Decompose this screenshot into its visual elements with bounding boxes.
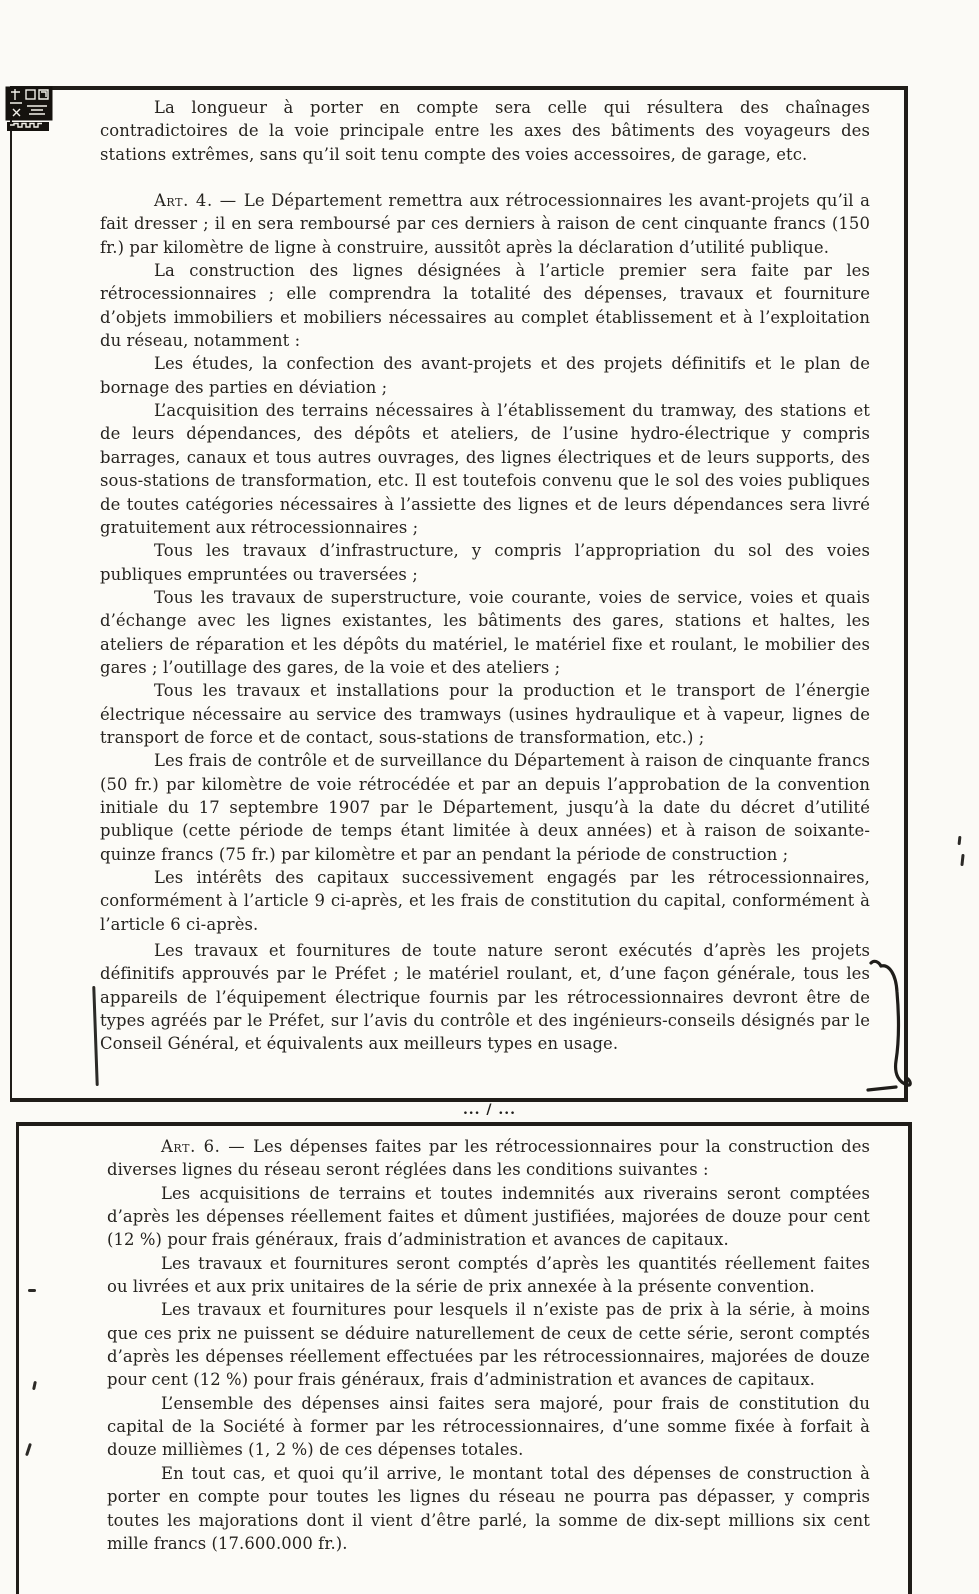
page-fragment-1: La longueur à porter en compte sera cell…: [10, 86, 908, 1102]
scanned-document-page: La longueur à porter en compte sera cell…: [0, 0, 979, 1594]
body-paragraph: Tous les travaux et installations pour l…: [100, 679, 870, 749]
body-paragraph: La longueur à porter en compte sera cell…: [100, 96, 870, 166]
article-6-label: Art. 6. —: [161, 1137, 253, 1156]
pen-mark: [28, 1289, 36, 1292]
continuation-mark: ... / ...: [0, 1102, 979, 1120]
body-paragraph: L’acquisition des terrains nécessaires à…: [100, 399, 870, 539]
body-paragraph: Les frais de contrôle et de surveillance…: [100, 749, 870, 866]
body-paragraph: L’ensemble des dépenses ainsi faites ser…: [107, 1392, 870, 1462]
body-paragraph: Tous les travaux de superstructure, voie…: [100, 586, 870, 679]
ornamental-stamp-icon: [5, 86, 59, 132]
body-paragraph: Les intérêts des capitaux successivement…: [100, 866, 870, 936]
body-paragraph: Les travaux et fournitures de toute natu…: [100, 939, 870, 1056]
body-paragraph: Les travaux et fournitures seront compté…: [107, 1252, 870, 1299]
body-paragraph: Les acquisitions de terrains et toutes i…: [107, 1182, 870, 1252]
page-fragment-2: Art. 6. — Les dépenses faites par les ré…: [16, 1122, 912, 1594]
article-4-paragraph: Art. 4. — Le Département remettra aux ré…: [100, 189, 870, 259]
article-4-label: Art. 4. —: [154, 191, 244, 210]
pen-mark: [958, 836, 961, 845]
handwritten-brace-mark: [862, 956, 922, 1101]
article-6-paragraph: Art. 6. — Les dépenses faites par les ré…: [107, 1135, 870, 1182]
body-paragraph: La construction des lignes désignées à l…: [100, 259, 870, 352]
body-paragraph: En tout cas, et quoi qu’il arrive, le mo…: [107, 1462, 870, 1555]
body-paragraph: Tous les travaux d’infrastructure, y com…: [100, 539, 870, 586]
pen-mark: [960, 854, 964, 866]
body-paragraph: Les études, la confection des avant-proj…: [100, 352, 870, 399]
body-paragraph: Les travaux et fournitures pour lesquels…: [107, 1298, 870, 1391]
